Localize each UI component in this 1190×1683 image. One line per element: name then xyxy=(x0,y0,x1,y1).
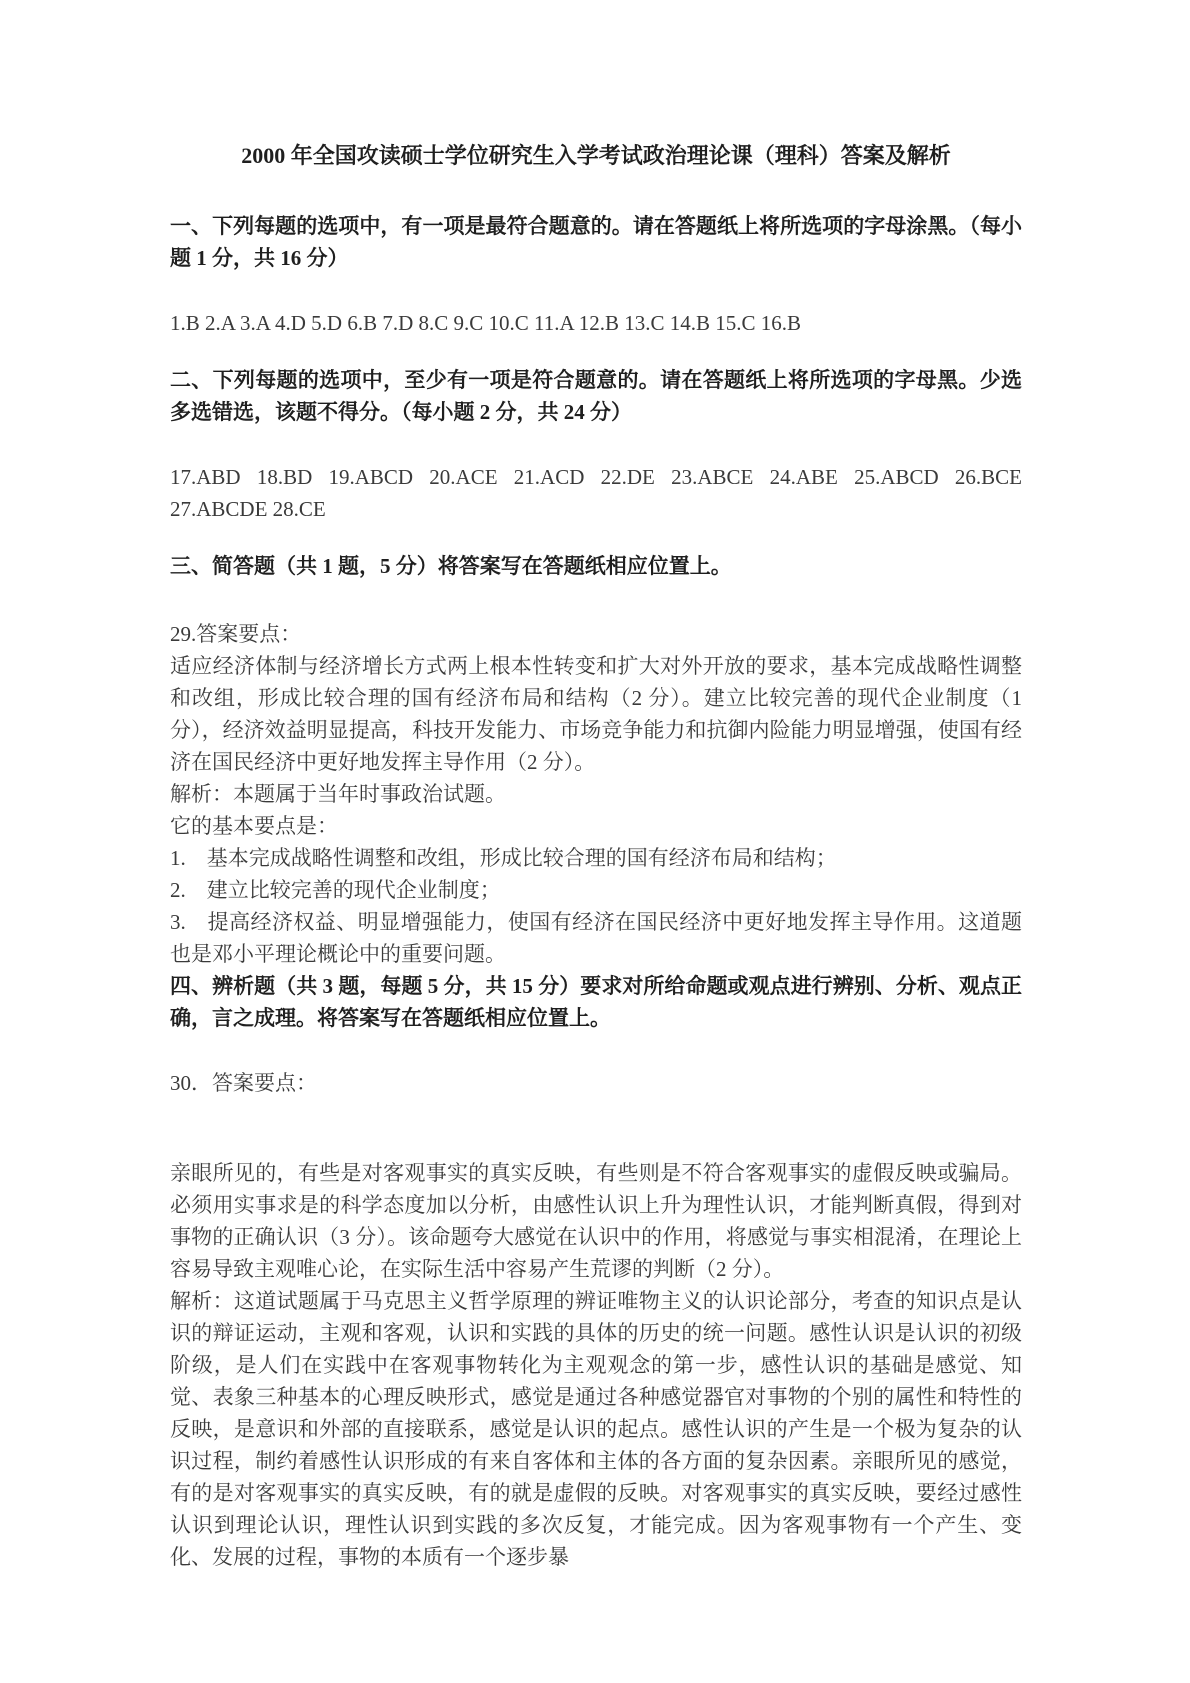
single-choice-answer-key: 1.B 2.A 3.A 4.D 5.D 6.B 7.D 8.C 9.C 10.C… xyxy=(170,307,1022,339)
q30-analysis: 解析：这道试题属于马克思主义哲学原理的辨证唯物主义的认识论部分，考查的知识点是认… xyxy=(170,1285,1022,1573)
q29-point-3: 3. 提高经济权益、明显增强能力，使国有经济在国民经济中更好地发挥主导作用。这道… xyxy=(170,906,1022,970)
q29-point-2: 2. 建立比较完善的现代企业制度； xyxy=(170,874,1022,906)
document-page: 2000 年全国攻读硕士学位研究生入学考试政治理论课（理科）答案及解析 一、下列… xyxy=(0,0,1190,1683)
multi-choice-answer-key: 17.ABD 18.BD 19.ABCD 20.ACE 21.ACD 22.DE… xyxy=(170,461,1022,525)
q30-answer: 亲眼所见的，有些是对客观事实的真实反映，有些则是不符合客观事实的虚假反映或骗局。… xyxy=(170,1157,1022,1285)
section-1-heading: 一、下列每题的选项中，有一项是最符合题意的。请在答题纸上将所选项的字母涂黑。（每… xyxy=(170,210,1022,274)
section-2-heading: 二、下列每题的选项中，至少有一项是符合题意的。请在答题纸上将所选项的字母黑。少选… xyxy=(170,364,1022,428)
section-3-heading: 三、简答题（共 1 题，5 分）将答案写在答题纸相应位置上。 xyxy=(170,550,1022,582)
document-content: 2000 年全国攻读硕士学位研究生入学考试政治理论课（理科）答案及解析 一、下列… xyxy=(0,0,1190,1573)
question-29-block: 29.答案要点： 适应经济体制与经济增长方式两上根本性转变和扩大对外开放的要求，… xyxy=(170,618,1022,970)
section-4-heading: 四、辨析题（共 3 题，每题 5 分，共 15 分）要求对所给命题或观点进行辨别… xyxy=(170,970,1022,1034)
page-title: 2000 年全国攻读硕士学位研究生入学考试政治理论课（理科）答案及解析 xyxy=(170,140,1022,172)
q29-analysis: 解析：本题属于当年时事政治试题。 xyxy=(170,778,1022,810)
q29-point-1: 1. 基本完成战略性调整和改组，形成比较合理的国有经济布局和结构； xyxy=(170,842,1022,874)
q30-label: 30．答案要点： xyxy=(170,1067,1022,1099)
q29-points-intro: 它的基本要点是： xyxy=(170,810,1022,842)
question-30-block: 30．答案要点： 亲眼所见的，有些是对客观事实的真实反映，有些则是不符合客观事实… xyxy=(170,1067,1022,1573)
q29-answer: 适应经济体制与经济增长方式两上根本性转变和扩大对外开放的要求，基本完成战略性调整… xyxy=(170,650,1022,778)
q29-label: 29.答案要点： xyxy=(170,618,1022,650)
